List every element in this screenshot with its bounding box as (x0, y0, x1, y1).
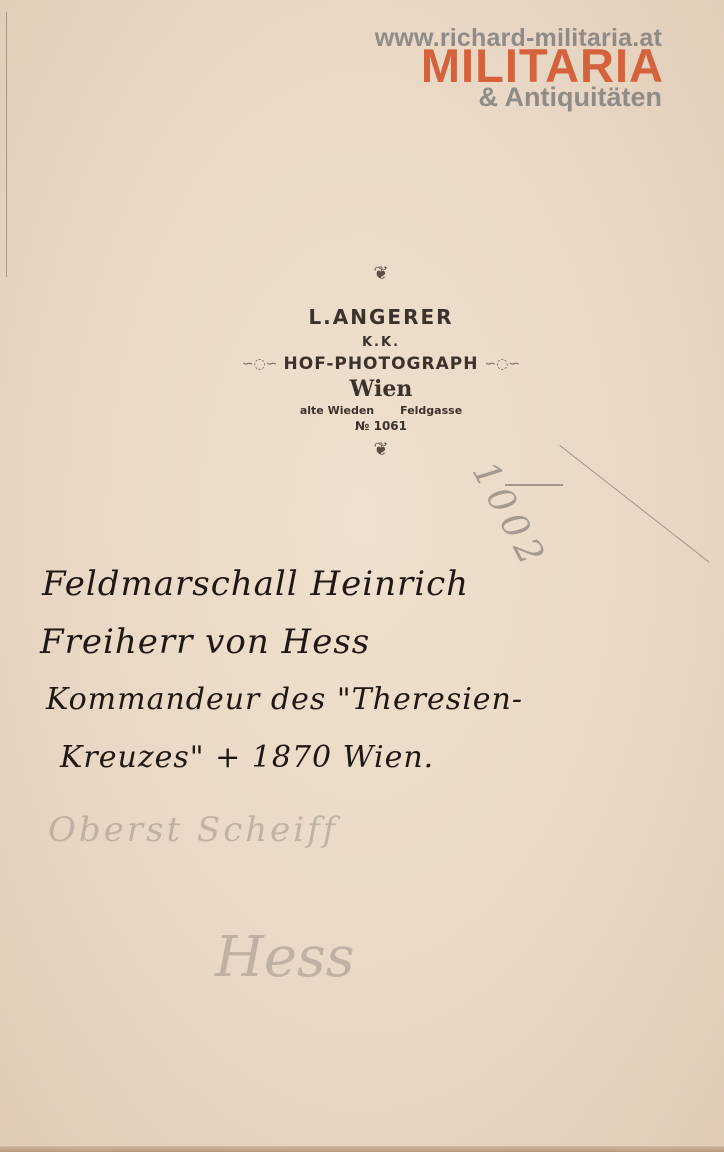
address-right: Feldgasse (400, 404, 462, 417)
watermark-subtitle: & Antiquitäten (479, 82, 662, 113)
inscription-line: Kommandeur des "Theresien- (46, 671, 680, 729)
inscription-line: Feldmarschall Heinrich (42, 555, 680, 613)
pencil-faint-signature: Hess (215, 925, 354, 990)
flourish-left-icon: ∽◌∽ (242, 356, 278, 372)
ink-inscription: Feldmarschall Heinrich Freiherr von Hess… (40, 555, 680, 787)
kk-mark: K.K. (236, 335, 526, 350)
ornament-top-icon: ❦ (236, 265, 526, 283)
inscription-line: Kreuzes" + 1870 Wien. (60, 729, 680, 787)
stamp-city: Wien (236, 376, 526, 402)
ornament-bottom-icon: ❦ (236, 441, 526, 459)
photographer-name: L.ANGERER (236, 305, 526, 329)
card-left-edge-line (6, 12, 7, 277)
address-row: alte Wieden Feldgasse (236, 404, 526, 417)
pencil-faint-line: Oberst Scheiff (48, 810, 338, 850)
title-row: ∽◌∽ HOF-PHOTOGRAPH ∽◌∽ (236, 354, 526, 374)
cdv-card-back: www.richard-militaria.at MILITARIA & Ant… (0, 0, 724, 1152)
photographer-title: HOF-PHOTOGRAPH (284, 354, 479, 374)
pencil-diagonal-line (559, 445, 709, 563)
flourish-right-icon: ∽◌∽ (484, 356, 520, 372)
card-bottom-edge (0, 1146, 724, 1152)
address-left: alte Wieden (300, 404, 374, 417)
inscription-line: Freiherr von Hess (40, 613, 680, 671)
address-number: № 1061 (236, 419, 526, 433)
